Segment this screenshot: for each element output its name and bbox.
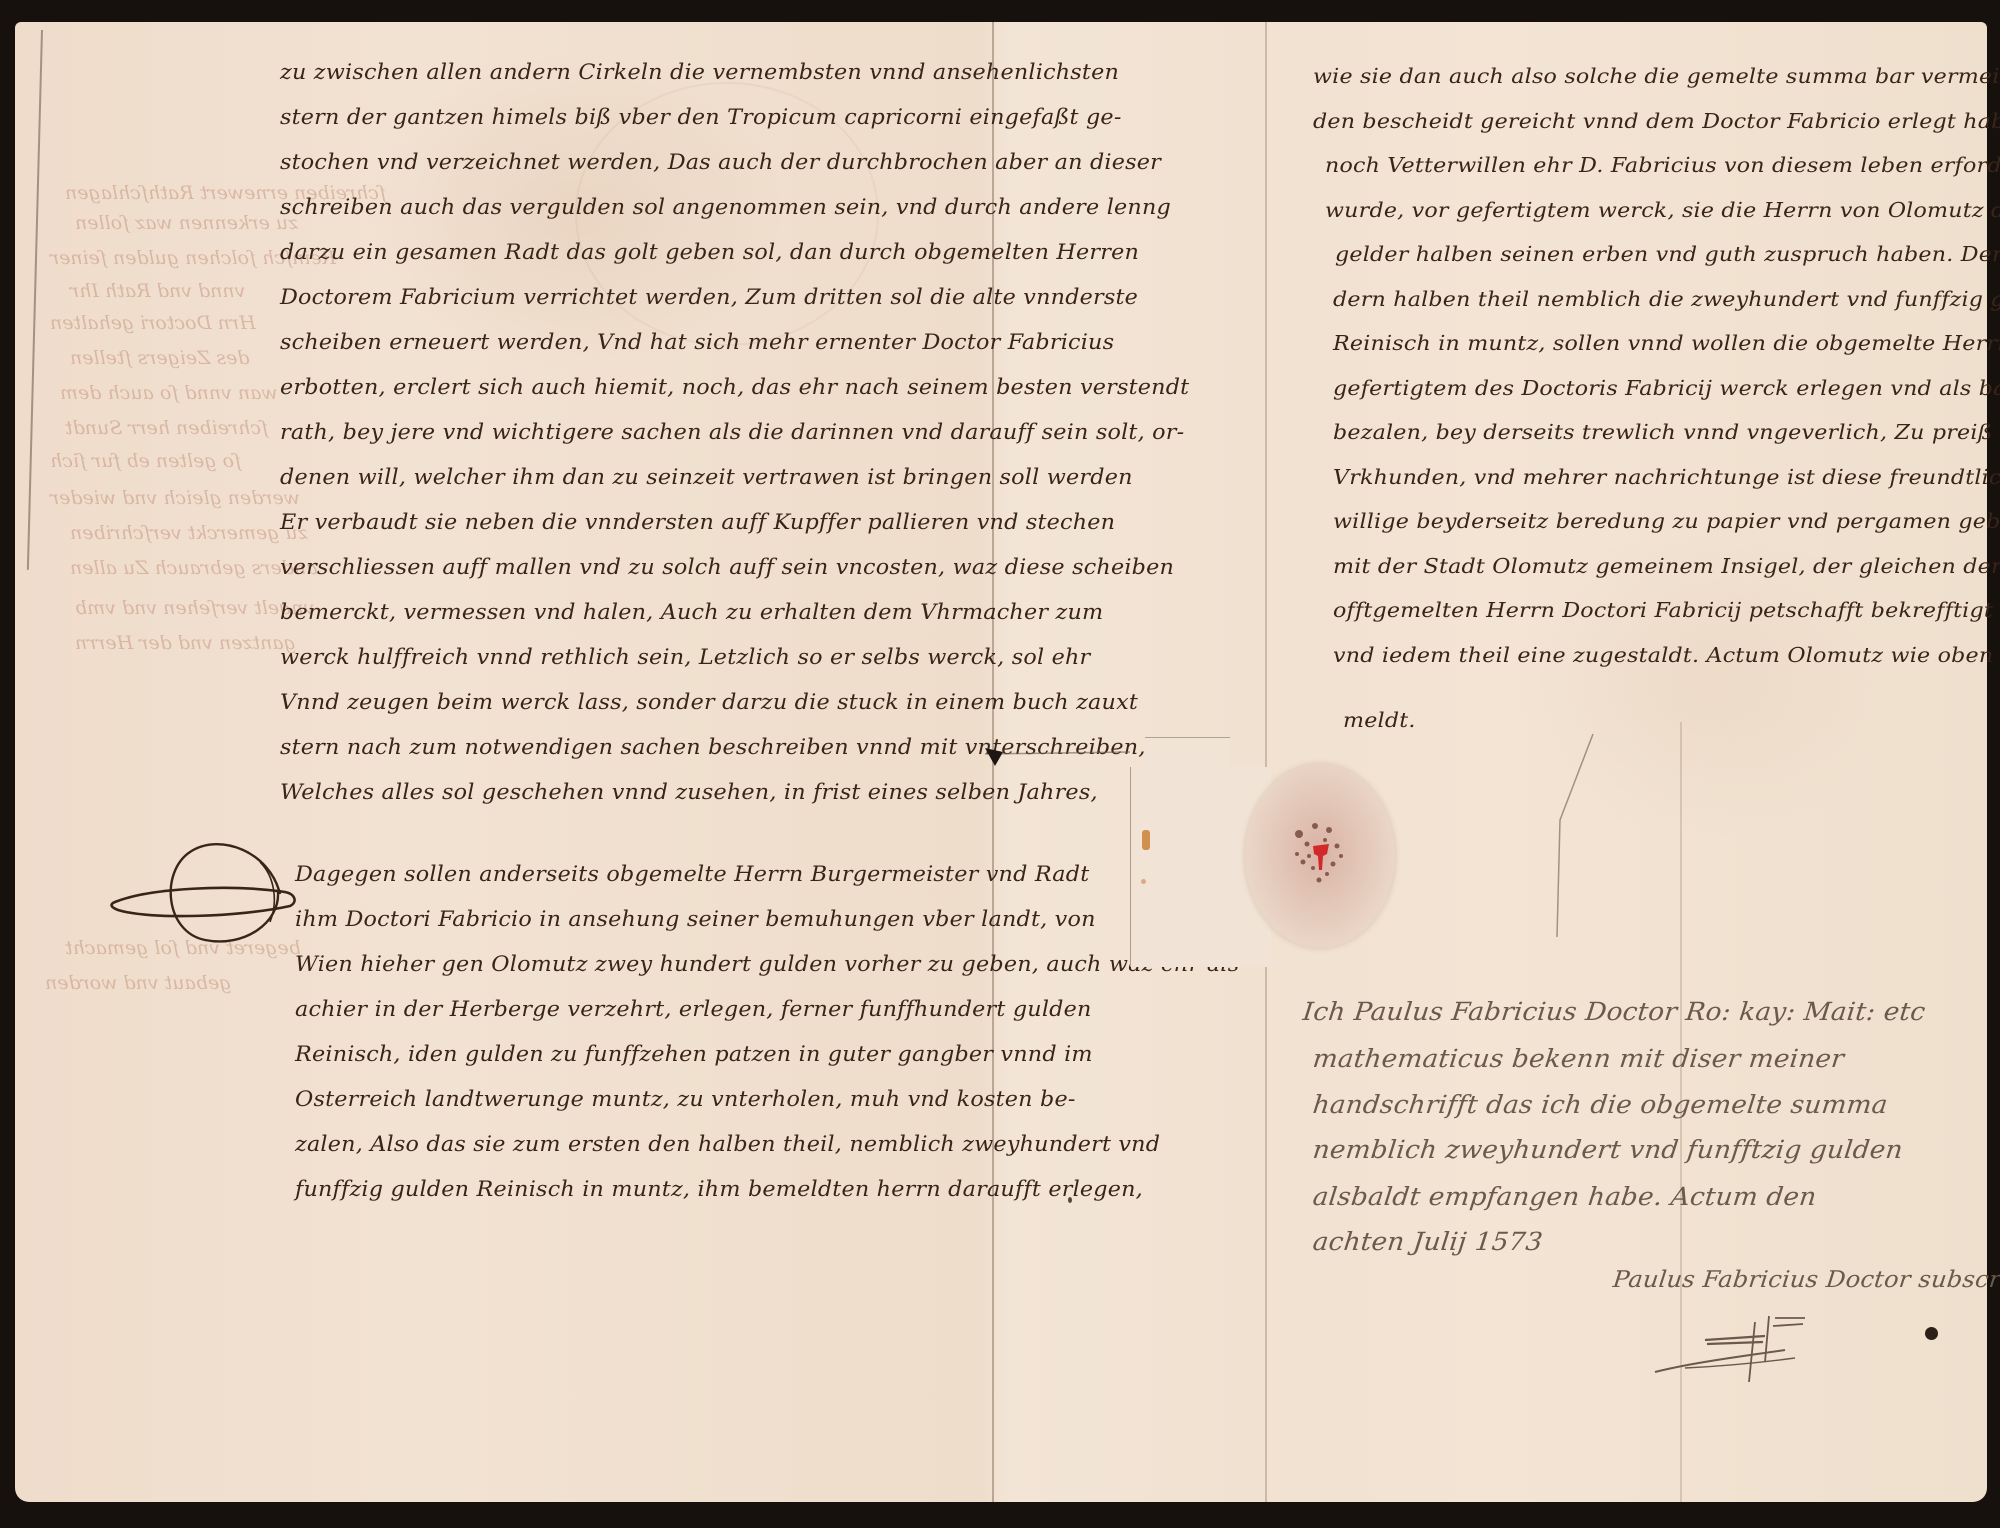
left-margin-line [27, 30, 43, 570]
text-line: den bescheidt gereicht vnnd dem Doctor F… [1313, 109, 2000, 133]
text-line: dern halben theil nemblich die zweyhunde… [1333, 287, 2000, 311]
text-line: willige beyderseitz beredung zu papier v… [1333, 509, 2000, 533]
text-line: scheiben erneuert werden, Vnd hat sich m… [280, 330, 1114, 354]
receipt-line: achten Julij 1573 [1311, 1227, 1544, 1256]
text-line: offtgemelten Herrn Doctori Fabricij pets… [1333, 598, 1993, 622]
text-line: noch Vetterwillen ehr D. Fabricius von d… [1325, 153, 2000, 177]
signature-paraph [1645, 1292, 1825, 1392]
text-line: Osterreich landtwerunge muntz, zu vnterh… [295, 1087, 1076, 1111]
text-line: wurde, vor gefertigtem werck, sie die He… [1325, 198, 2000, 222]
receipt-line: nemblich zweyhundert vnd funfftzig gulde… [1311, 1135, 1904, 1164]
flourish-initial [110, 822, 310, 952]
text-line: Er verbaudt sie neben die vnndersten auf… [280, 510, 1115, 534]
signature: Paulus Fabricius Doctor subscripsit [1612, 1267, 2000, 1293]
ink-spot [1141, 879, 1146, 884]
text-line: Reinisch in muntz, sollen vnnd wollen di… [1333, 331, 2000, 355]
receipt-line: mathematicus bekenn mit diser meiner [1311, 1044, 1845, 1073]
text-line: rath, bey jere vnd wichtigere sachen als… [280, 420, 1184, 444]
wax-seal [1245, 764, 1395, 948]
text-line: erbotten, erclert sich auch hiemit, noch… [280, 375, 1189, 399]
manuscript-sheet: ſchreiben ernewert Rathſchlagen zu erken… [15, 22, 1987, 1502]
text-line: verschliessen auff mallen vnd zu solch a… [280, 555, 1174, 579]
text-line: darzu ein gesamen Radt das golt geben so… [280, 240, 1139, 264]
receipt-line: Ich Paulus Fabricius Doctor Ro: kay: Mai… [1301, 997, 1927, 1026]
text-line: Vnnd zeugen beim werck lass, sonder darz… [280, 690, 1138, 714]
text-line: stern der gantzen himels biß vber den Tr… [280, 105, 1122, 129]
text-line: Vrkhunden, vnd mehrer nachrichtunge ist … [1333, 465, 2000, 489]
text-line: bemerckt, vermessen vnd halen, Auch zu e… [280, 600, 1103, 624]
text-line: denen will, welcher ihm dan zu seinzeit … [280, 465, 1133, 489]
text-line: Reinisch, iden gulden zu funffzehen patz… [295, 1042, 1093, 1066]
text-line: wie sie dan auch also solche die gemelte… [1313, 64, 2000, 88]
seal-emblem-icon [1289, 816, 1351, 896]
text-line: werck hulffreich vnnd rethlich sein, Let… [280, 645, 1090, 669]
text-line: gelder halben seinen erben vnd guth zusp… [1335, 242, 2000, 266]
text-line: gefertigtem des Doctoris Fabricij werck … [1333, 376, 2000, 400]
text-line: schreiben auch das vergulden sol angenom… [280, 195, 1171, 219]
text-line: stochen vnd verzeichnet werden, Das auch… [280, 150, 1161, 174]
ink-spot [1142, 830, 1150, 850]
text-line: Doctorem Fabricium verrichtet werden, Zu… [280, 285, 1138, 309]
receipt-line: handschrifft das ich die obgemelte summa [1311, 1090, 1889, 1119]
text-line: mit der Stadt Olomutz gemeinem Insigel, … [1333, 554, 2000, 578]
ink-dot [1925, 1327, 1938, 1340]
text-line: vnd iedem theil eine zugestaldt. Actum O… [1333, 643, 2000, 667]
text-line: zu zwischen allen andern Cirkeln die ver… [280, 60, 1119, 84]
text-line: zalen, Also das sie zum ersten den halbe… [295, 1132, 1160, 1156]
ink-dot [1068, 1197, 1072, 1203]
receipt-line: alsbaldt empfangen habe. Actum den [1311, 1182, 1818, 1211]
text-line: bezalen, bey derseits trewlich vnnd vnge… [1333, 420, 2000, 444]
text-line: funffzig gulden Reinisch in muntz, ihm b… [295, 1177, 1143, 1201]
